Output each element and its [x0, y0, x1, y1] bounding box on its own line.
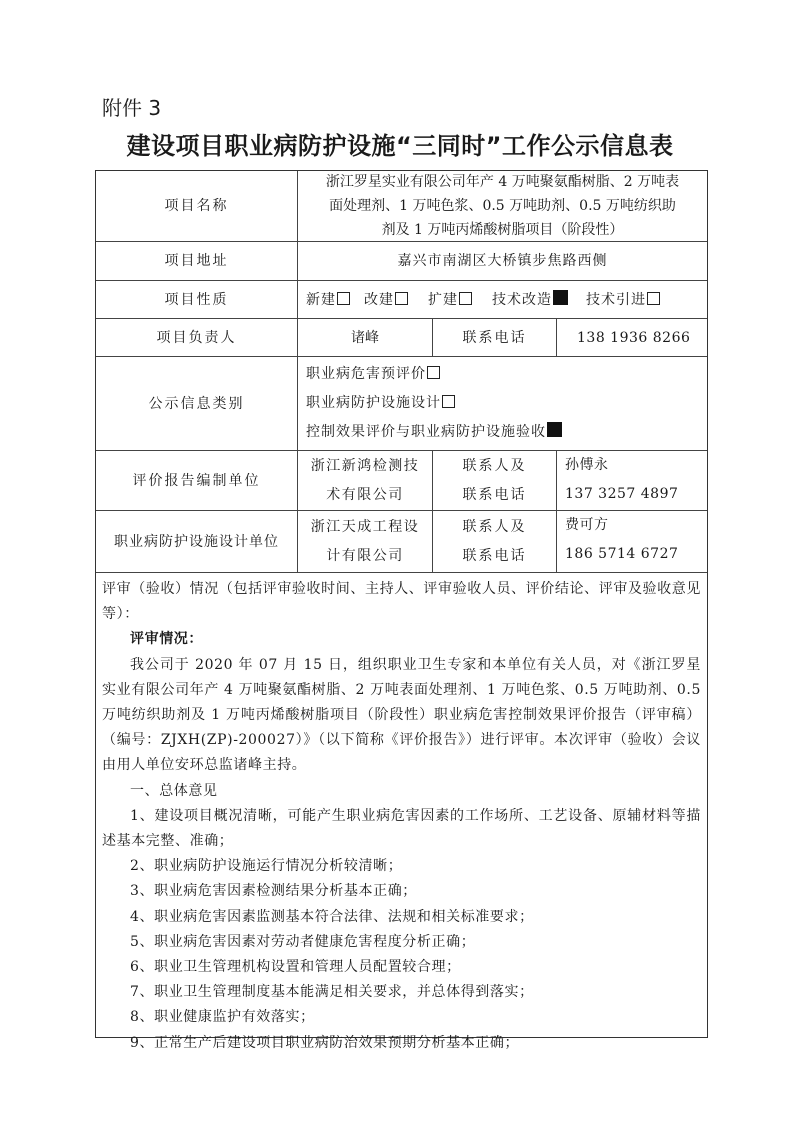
report-unit-label: 评价报告编制单位: [96, 451, 297, 510]
project-address-value: 嘉兴市南湖区大桥镇步焦路西侧: [297, 242, 707, 280]
unchecked-box-icon[interactable]: [427, 366, 440, 379]
checked-box-icon[interactable]: [553, 290, 568, 305]
review-item: 7、职业卫生管理制度基本能满足相关要求，并总体得到落实；: [102, 980, 701, 1005]
category-option-facility-design[interactable]: 职业病防护设施设计: [306, 389, 455, 418]
contact-phone: 137 3257 4897: [565, 480, 678, 509]
phone-label: 联系电话: [432, 319, 556, 356]
nature-option-new[interactable]: 新建: [306, 288, 350, 312]
option-label: 扩建: [428, 292, 458, 308]
company-line: 浙江天成工程设: [311, 513, 420, 542]
company-line: 浙江新鸿检测技: [311, 452, 420, 481]
attachment-label: 附件 3: [102, 92, 161, 121]
design-unit-contact-label: 联系人及 联系电话: [432, 511, 556, 572]
unchecked-box-icon[interactable]: [337, 292, 350, 305]
info-table: 项目名称 浙江罗星实业有限公司年产 4 万吨聚氨酯树脂、2 万吨表 面处理剂、1…: [95, 170, 708, 1038]
review-section: 评审（验收）情况（包括评审验收时间、主持人、评审验收人员、评价结论、评审及验收意…: [96, 573, 707, 1062]
nature-option-rebuild[interactable]: 改建: [364, 288, 408, 312]
unchecked-box-icon[interactable]: [647, 292, 660, 305]
design-unit-company: 浙江天成工程设 计有限公司: [297, 511, 432, 572]
project-name-value: 浙江罗星实业有限公司年产 4 万吨聚氨酯树脂、2 万吨表 面处理剂、1 万吨色浆…: [297, 171, 707, 241]
row-project-address: 项目地址 嘉兴市南湖区大桥镇步焦路西侧: [96, 242, 707, 281]
project-name-line: 剂及 1 万吨丙烯酸树脂项目（阶段性）: [382, 218, 624, 242]
review-item: 8、职业健康监护有效落实；: [102, 1005, 701, 1030]
project-leader-phone: 138 1936 8266: [556, 319, 707, 356]
review-item: 1、建设项目概况清晰，可能产生职业病危害因素的工作场所、工艺设备、原辅材料等描述…: [102, 804, 701, 854]
project-nature-options: 新建 改建 扩建 技术改造 技术引进: [297, 281, 707, 318]
option-label: 改建: [364, 292, 394, 308]
contact-label-line: 联系电话: [463, 542, 527, 571]
report-unit-contact: 孙傅永 137 3257 4897: [556, 451, 707, 510]
category-option-pre-evaluation[interactable]: 职业病危害预评价: [306, 360, 440, 389]
design-unit-label: 职业病防护设施设计单位: [96, 511, 297, 572]
review-intro: 评审（验收）情况（包括评审验收时间、主持人、评审验收人员、评价结论、评审及验收意…: [102, 577, 701, 627]
unchecked-box-icon[interactable]: [459, 292, 472, 305]
contact-label-line: 联系人及: [463, 452, 527, 481]
review-item: 6、职业卫生管理机构设置和管理人员配置较合理；: [102, 955, 701, 980]
nature-option-tech-upgrade[interactable]: 技术改造: [492, 288, 568, 312]
contact-phone: 186 5714 6727: [565, 540, 678, 569]
row-review: 评审（验收）情况（包括评审验收时间、主持人、评审验收人员、评价结论、评审及验收意…: [96, 573, 707, 1037]
option-label: 新建: [306, 292, 336, 308]
review-item: 5、职业病危害因素对劳动者健康危害程度分析正确；: [102, 930, 701, 955]
row-project-name: 项目名称 浙江罗星实业有限公司年产 4 万吨聚氨酯树脂、2 万吨表 面处理剂、1…: [96, 171, 707, 242]
nature-option-expand[interactable]: 扩建: [428, 288, 472, 312]
review-paragraph: 我公司于 2020 年 07 月 15 日，组织职业卫生专家和本单位有关人员，对…: [102, 653, 701, 779]
project-leader-name: 诸峰: [297, 319, 432, 356]
review-heading: 评审情况：: [102, 627, 701, 652]
row-project-nature: 项目性质 新建 改建 扩建 技术改造 技术引进: [96, 281, 707, 319]
info-category-label: 公示信息类别: [96, 357, 297, 450]
project-nature-label: 项目性质: [96, 281, 297, 318]
contact-name: 费可方: [565, 511, 609, 540]
category-option-control-evaluation[interactable]: 控制效果评价与职业病防护设施验收: [306, 418, 562, 447]
design-unit-contact: 费可方 186 5714 6727: [556, 511, 707, 572]
review-item: 4、职业病危害因素监测基本符合法律、法规和相关标准要求；: [102, 905, 701, 930]
unchecked-box-icon[interactable]: [442, 395, 455, 408]
review-item: 3、职业病危害因素检测结果分析基本正确；: [102, 879, 701, 904]
project-name-label: 项目名称: [96, 171, 297, 241]
option-label: 技术改造: [492, 292, 552, 308]
contact-label-line: 联系人及: [463, 513, 527, 542]
nature-option-tech-import[interactable]: 技术引进: [586, 288, 660, 312]
checked-box-icon[interactable]: [547, 422, 562, 437]
row-report-unit: 评价报告编制单位 浙江新鸿检测技 术有限公司 联系人及 联系电话 孙傅永 137…: [96, 451, 707, 511]
project-name-line: 面处理剂、1 万吨色浆、0.5 万吨助剂、0.5 万吨纺织助: [329, 194, 676, 218]
info-category-options: 职业病危害预评价 职业病防护设施设计 控制效果评价与职业病防护设施验收: [297, 357, 707, 450]
report-unit-company: 浙江新鸿检测技 术有限公司: [297, 451, 432, 510]
option-label: 职业病危害预评价: [306, 366, 426, 382]
option-label: 控制效果评价与职业病防护设施验收: [306, 424, 546, 440]
company-line: 术有限公司: [326, 481, 404, 510]
project-name-line: 浙江罗星实业有限公司年产 4 万吨聚氨酯树脂、2 万吨表: [326, 170, 679, 194]
project-address-label: 项目地址: [96, 242, 297, 280]
report-unit-contact-label: 联系人及 联系电话: [432, 451, 556, 510]
review-item: 2、职业病防护设施运行情况分析较清晰；: [102, 854, 701, 879]
row-project-leader: 项目负责人 诸峰 联系电话 138 1936 8266: [96, 319, 707, 357]
unchecked-box-icon[interactable]: [395, 292, 408, 305]
row-info-category: 公示信息类别 职业病危害预评价 职业病防护设施设计 控制效果评价与职业病防护设施…: [96, 357, 707, 451]
page-title: 建设项目职业病防护设施“三同时”工作公示信息表: [0, 126, 800, 161]
review-section-title: 一、总体意见: [102, 779, 701, 804]
contact-name: 孙傅永: [565, 451, 609, 480]
option-label: 技术引进: [586, 292, 646, 308]
company-line: 计有限公司: [326, 542, 404, 571]
contact-label-line: 联系电话: [463, 481, 527, 510]
review-item: 9、正常生产后建设项目职业病防治效果预期分析基本正确；: [102, 1031, 701, 1056]
option-label: 职业病防护设施设计: [306, 395, 441, 411]
project-leader-label: 项目负责人: [96, 319, 297, 356]
row-design-unit: 职业病防护设施设计单位 浙江天成工程设 计有限公司 联系人及 联系电话 费可方 …: [96, 511, 707, 573]
